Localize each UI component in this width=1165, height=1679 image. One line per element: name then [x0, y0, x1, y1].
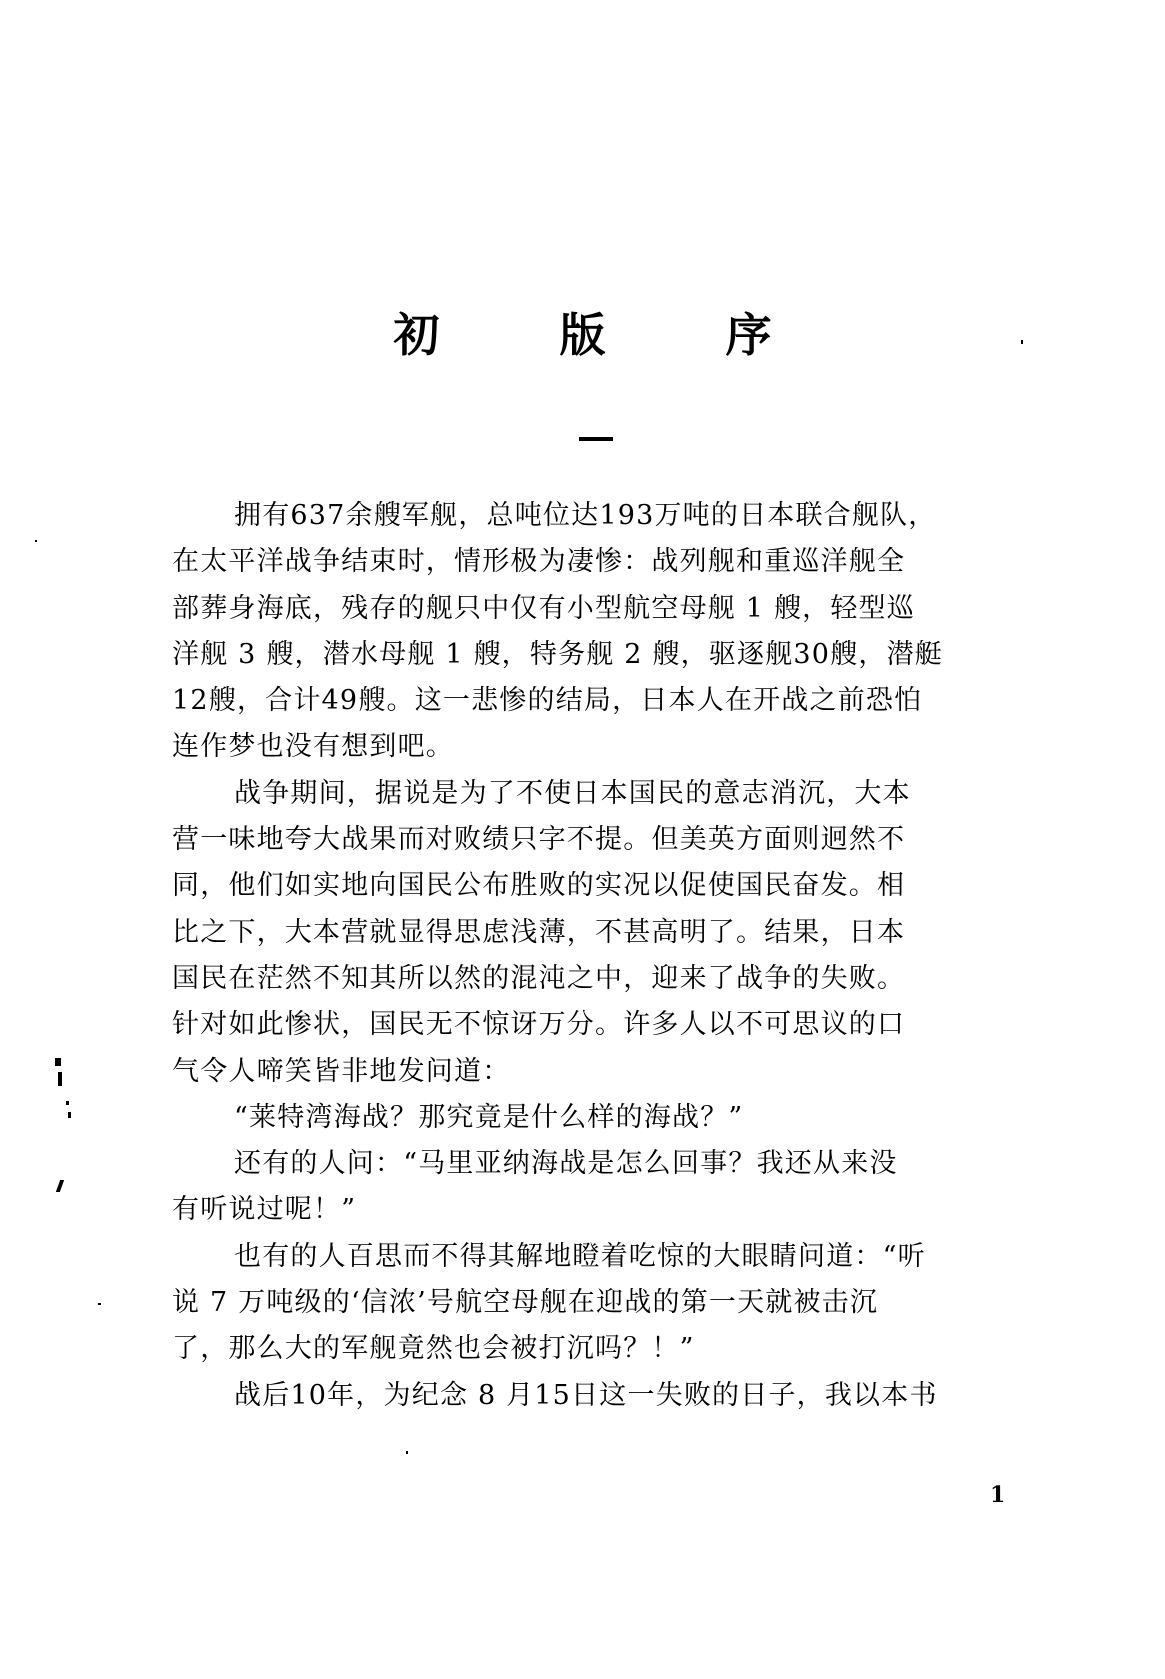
text-line: “莱特湾海战？那究竟是什么样的海战？” — [172, 1095, 1032, 1141]
text-line: 在太平洋战争结束时，情形极为凄惨：战列舰和重巡洋舰全 — [172, 539, 1032, 585]
body-text: 拥有637余艘军舰，总吨位达193万吨的日本联合舰队， 在太平洋战争结束时，情形… — [172, 493, 1032, 1419]
scan-speck — [58, 1072, 62, 1086]
text-line: 洋舰 3 艘，潜水母舰 1 艘，特务舰 2 艘，驱逐舰30艘，潜艇 — [172, 632, 1032, 678]
text-line: 营一味地夸大战果而对败绩只字不提。但美英方面则迥然不 — [172, 817, 1032, 863]
text-line: 气令人啼笑皆非地发问道： — [172, 1049, 1032, 1095]
text-line: 有听说过呢！” — [172, 1187, 1032, 1233]
text-line: 部葬身海底，残存的舰只中仅有小型航空母舰 1 艘，轻型巡 — [172, 586, 1032, 632]
text-line: 拥有637余艘军舰，总吨位达193万吨的日本联合舰队， — [172, 493, 1032, 539]
text-line: 连作梦也没有想到吧。 — [172, 724, 1032, 770]
text-line: 了，那么大的军舰竟然也会被打沉吗？！” — [172, 1326, 1032, 1372]
text-line: 还有的人问：“马里亚纳海战是怎么回事？我还从来没 — [172, 1141, 1032, 1187]
book-page: 初 版 序 一 拥有637余艘军舰，总吨位达193万吨的日本联合舰队， 在太平洋… — [0, 0, 1165, 1679]
scan-speck — [55, 1058, 61, 1066]
section-marker-text: 一 — [579, 437, 580, 438]
scan-speck — [1021, 340, 1023, 344]
section-marker: 一 — [579, 437, 613, 441]
scan-speck — [68, 1112, 71, 1118]
scan-speck — [98, 1303, 101, 1305]
scan-speck — [406, 1451, 408, 1454]
text-line: 针对如此惨状，国民无不惊讶万分。许多人以不可思议的口 — [172, 1002, 1032, 1048]
text-line: 12艘，合计49艘。这一悲惨的结局，日本人在开战之前恐怕 — [172, 678, 1032, 724]
page-number: 1 — [990, 1482, 1005, 1508]
text-line: 战后10年，为纪念 8 月15日这一失败的日子，我以本书 — [172, 1373, 1032, 1419]
scan-speck — [56, 1180, 64, 1192]
page-title: 初 版 序 — [0, 312, 1165, 358]
text-line: 比之下，大本营就显得思虑浅薄，不甚高明了。结果，日本 — [172, 910, 1032, 956]
text-line: 国民在茫然不知其所以然的混沌之中，迎来了战争的失败。 — [172, 956, 1032, 1002]
text-line: 战争期间，据说是为了不使日本国民的意志消沉，大本 — [172, 771, 1032, 817]
text-line: 同，他们如实地向国民公布胜败的实况以促使国民奋发。相 — [172, 863, 1032, 909]
text-line: 说 7 万吨级的‘信浓’号航空母舰在迎战的第一天就被击沉 — [172, 1280, 1032, 1326]
text-line: 也有的人百思而不得其解地瞪着吃惊的大眼睛问道：“听 — [172, 1234, 1032, 1280]
scan-speck — [35, 540, 37, 542]
scan-speck — [66, 1101, 69, 1105]
